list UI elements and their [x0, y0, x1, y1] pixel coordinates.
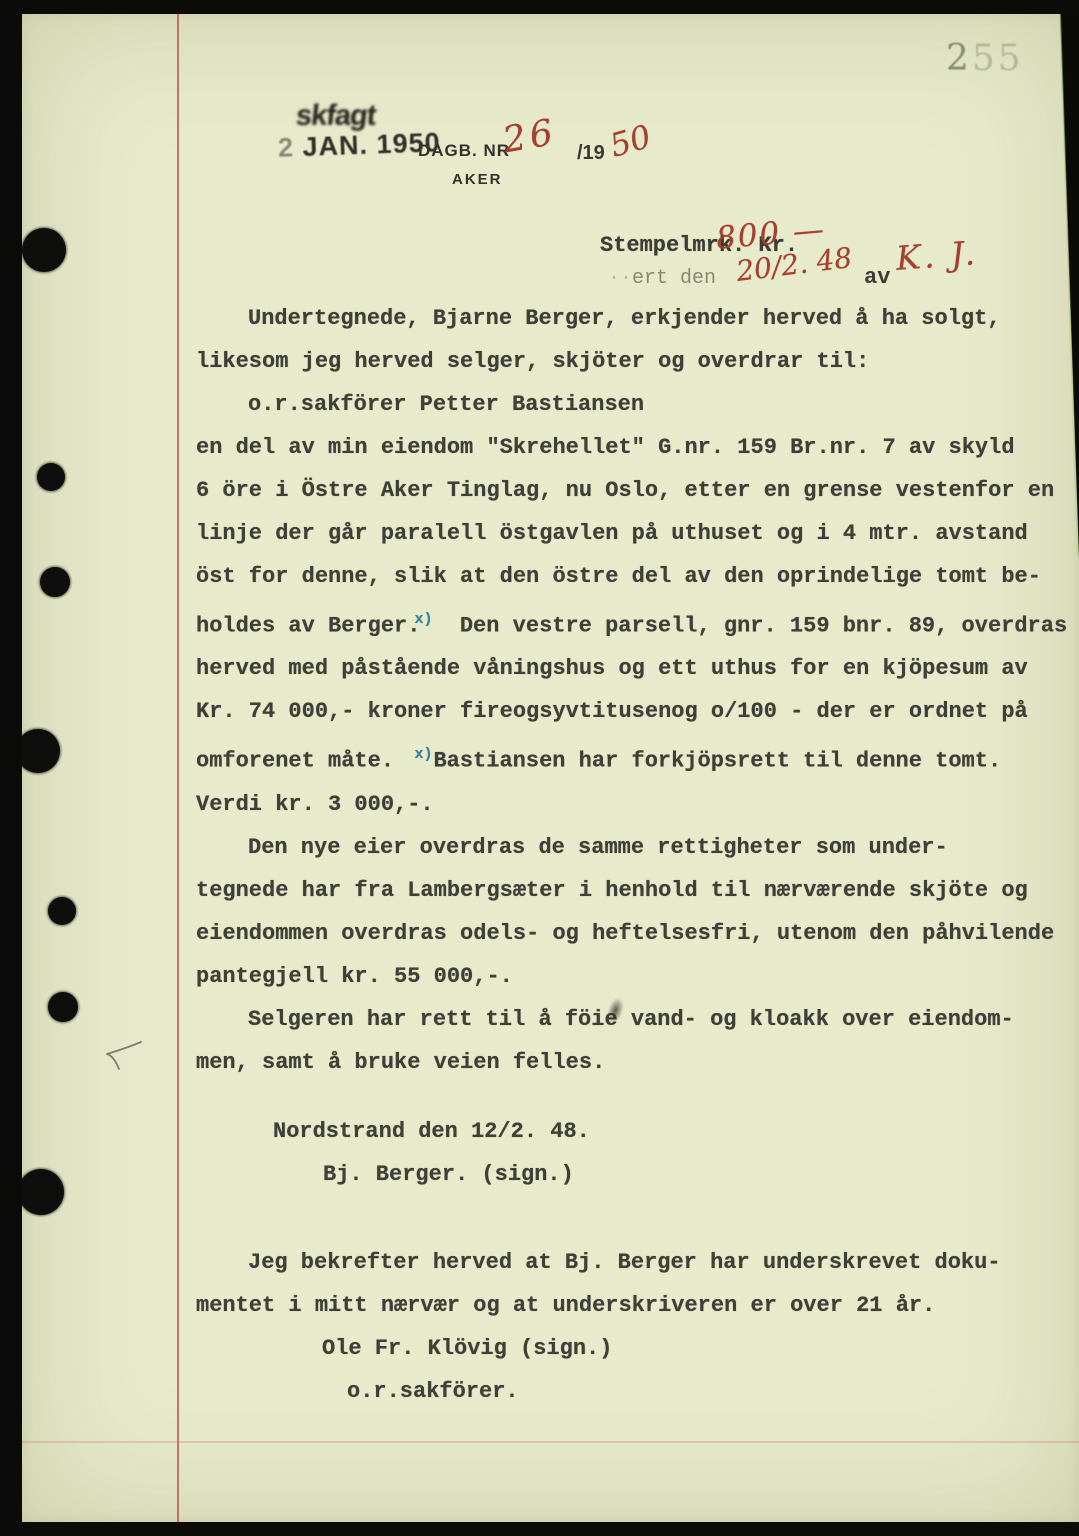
line-text: herved med påstående våningshus og ett u…	[196, 656, 1028, 681]
document-line: Undertegnede, Bjarne Berger, erkjender h…	[196, 297, 1076, 340]
line-text: pantegjell kr. 55 000,-.	[196, 964, 513, 989]
document-line: o.r.sakförer Petter Bastiansen	[196, 383, 1076, 426]
deed-body-text: Undertegnede, Bjarne Berger, erkjender h…	[196, 297, 1076, 1413]
illegible-ink-stamp: skfagt	[294, 100, 377, 133]
line-text: 6 öre i Östre Aker Tinglag, nu Oslo, ett…	[196, 478, 1054, 503]
line-text: Ole Fr. Klövig (sign.)	[322, 1336, 612, 1361]
line-text: Nordstrand den 12/2. 48.	[273, 1119, 590, 1144]
line-text: eiendommen overdras odels- og heftelsesf…	[196, 921, 1054, 946]
page-number-digit: 2	[946, 38, 972, 79]
faded-marks: ··	[608, 267, 632, 290]
document-line: likesom jeg herved selger, skjöter og ov…	[196, 340, 1076, 383]
line-text: en del av min eiendom "Skrehellet" G.nr.…	[196, 435, 1015, 460]
av-label: av	[864, 265, 890, 290]
line-text: linje der går paralell östgavlen på uthu…	[196, 521, 1028, 546]
document-line: en del av min eiendom "Skrehellet" G.nr.…	[196, 426, 1076, 469]
line-text: mentet i mitt nærvær og at underskrivere…	[196, 1293, 935, 1318]
document-line: Nordstrand den 12/2. 48.	[196, 1110, 1076, 1153]
punch-hole	[16, 729, 60, 773]
page-number-faded-digits: 55	[972, 38, 1024, 79]
line-text: Den nye eier overdras de samme rettighet…	[248, 835, 948, 860]
punch-hole	[48, 992, 78, 1022]
punch-hole	[22, 228, 66, 272]
left-edge	[0, 0, 22, 1536]
document-line: Den nye eier overdras de samme rettighet…	[196, 826, 1076, 869]
line-text: omforenet måte.	[196, 749, 420, 774]
cancellation-line: ··ert den	[608, 267, 716, 290]
document-line: Ole Fr. Klövig (sign.)	[196, 1327, 1076, 1370]
document-line: tegnede har fra Lambergsæter i henhold t…	[196, 869, 1076, 912]
document-line: Selgeren har rett til å föie vand- og kl…	[196, 998, 1076, 1041]
line-text: Kr. 74 000,- kroner fireogsyvtitusenog o…	[196, 699, 1028, 724]
document-line: mentet i mitt nærvær og at underskrivere…	[196, 1284, 1076, 1327]
footnote-marker: x)	[414, 611, 432, 628]
punch-hole	[37, 463, 65, 491]
page-number: 255	[946, 38, 1024, 79]
document-line: eiendommen overdras odels- og heftelsesf…	[196, 912, 1076, 955]
document-line: Jeg bekrefter herved at Bj. Berger har u…	[196, 1241, 1076, 1284]
cancellation-text: ert den	[632, 267, 716, 290]
handwritten-initials: K. J.	[895, 233, 979, 278]
document-line: o.r.sakförer.	[196, 1370, 1076, 1413]
pencil-mark	[103, 1036, 145, 1082]
line-text: tegnede har fra Lambergsæter i henhold t…	[196, 878, 1028, 903]
document-line: holdes av Berger.x) Den vestre parsell, …	[196, 598, 1076, 647]
line-text: men, samt å bruke veien felles.	[196, 1050, 605, 1075]
scanned-deed-page: skfagt 2 JAN. 1950 DAGB. NR AKER /19 26 …	[0, 0, 1079, 1536]
document-line: herved med påstående våningshus og ett u…	[196, 647, 1076, 690]
punch-hole	[48, 897, 76, 925]
line-text: holdes av Berger.	[196, 613, 420, 638]
faint-horizontal-rule	[22, 1441, 1079, 1443]
document-line: 6 öre i Östre Aker Tinglag, nu Oslo, ett…	[196, 469, 1076, 512]
line-text: o.r.sakförer Petter Bastiansen	[248, 392, 644, 417]
document-line: linje der går paralell östgavlen på uthu…	[196, 512, 1076, 555]
document-line: Verdi kr. 3 000,-.	[196, 783, 1076, 826]
aker-stamp: AKER	[452, 171, 503, 188]
document-line: öst for denne, slik at den östre del av …	[196, 555, 1076, 598]
date-stamp-day: 2	[278, 132, 304, 163]
line-text: o.r.sakförer.	[347, 1379, 519, 1404]
line-text: Bj. Berger. (sign.)	[323, 1162, 574, 1187]
line-text: Bastiansen har forkjöpsrett til denne to…	[433, 749, 1001, 774]
line-text: Verdi kr. 3 000,-.	[196, 792, 434, 817]
document-line: Bj. Berger. (sign.)	[196, 1153, 1076, 1196]
document-line: Kr. 74 000,- kroner fireogsyvtitusenog o…	[196, 690, 1076, 733]
punch-hole	[40, 567, 70, 597]
document-line: men, samt å bruke veien felles.	[196, 1041, 1076, 1084]
top-edge	[0, 0, 1079, 14]
line-text: Selgeren har rett til å föie vand- og kl…	[248, 1007, 1014, 1032]
punch-hole	[18, 1169, 64, 1215]
document-line: omforenet måte. x)Bastiansen har forkjöp…	[196, 733, 1076, 782]
footnote-marker: x)	[414, 746, 432, 763]
date-stamp: 2 JAN. 1950	[278, 127, 442, 164]
red-margin-rule	[177, 14, 179, 1522]
line-text: Undertegnede, Bjarne Berger, erkjender h…	[248, 306, 1001, 331]
journal-number-stamp: DAGB. NR	[418, 141, 510, 161]
line-text: Jeg bekrefter herved at Bj. Berger har u…	[248, 1250, 1001, 1275]
line-text: öst for denne, slik at den östre del av …	[196, 564, 1041, 589]
document-line: pantegjell kr. 55 000,-.	[196, 955, 1076, 998]
journal-year-printed: /19	[577, 142, 605, 165]
line-text: likesom jeg herved selger, skjöter og ov…	[196, 349, 869, 374]
bottom-edge	[0, 1522, 1079, 1536]
line-text: Den vestre parsell, gnr. 159 bnr. 89, ov…	[433, 613, 1067, 638]
